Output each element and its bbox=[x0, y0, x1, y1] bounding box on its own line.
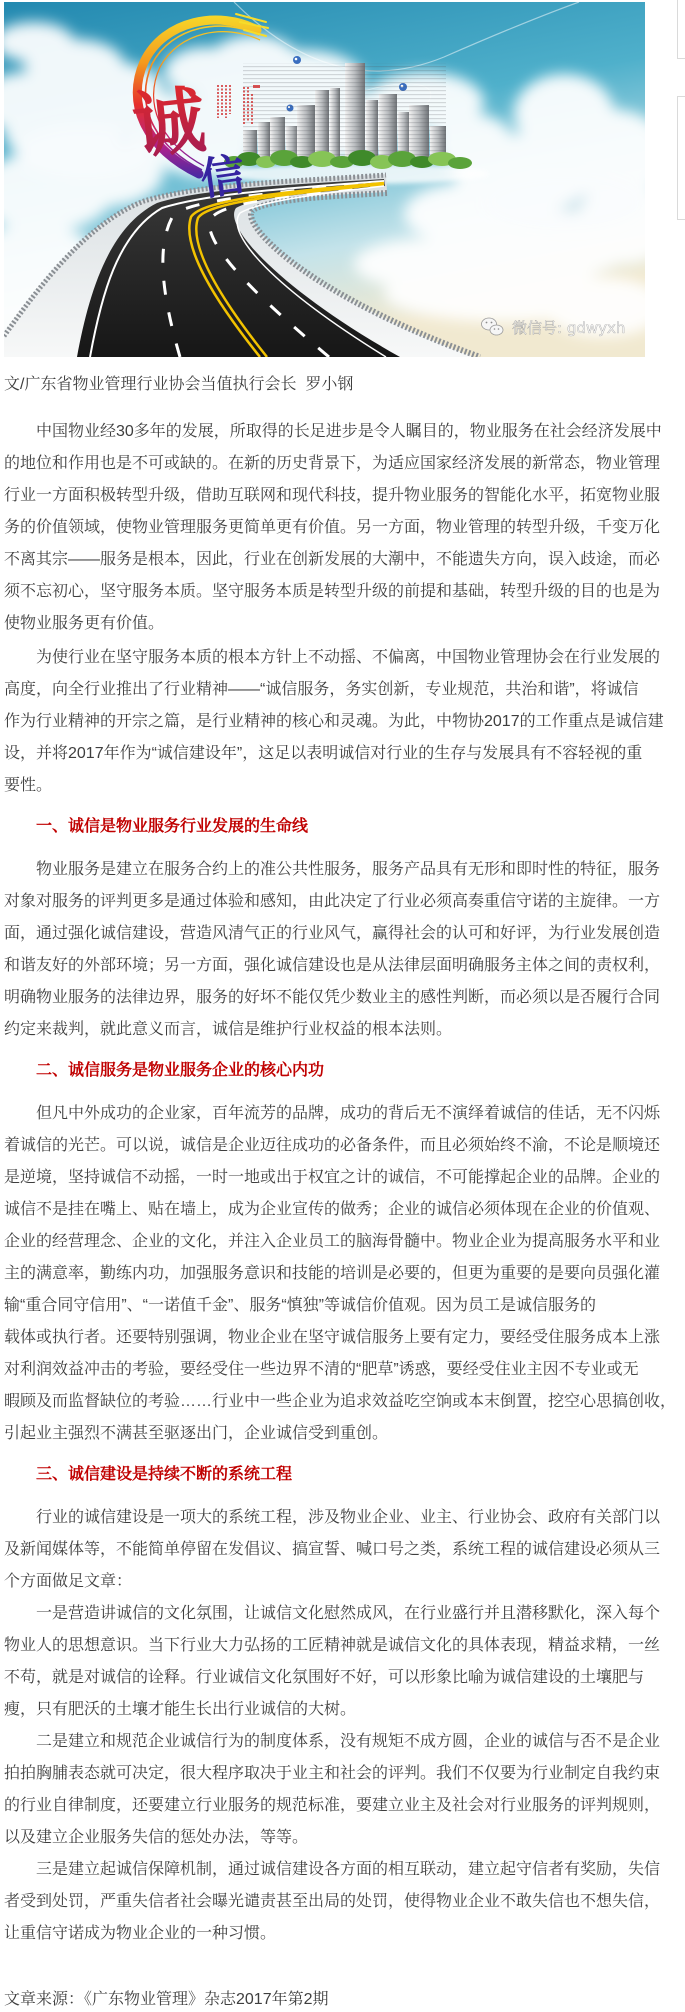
paragraph-line: 者受到处罚，严重失信者社会曝光谴责甚至出局的处罚，使得物业企业不敢失信也不想失信… bbox=[4, 1886, 665, 1918]
paragraph-line: 二是建立和规范企业诚信行为的制度体系，没有规矩不成方圆，企业的诚信与否不是企业 bbox=[4, 1726, 665, 1758]
watermark-text: 微信号: gdwyxh bbox=[512, 319, 625, 337]
paragraph-line: 约定来裁判，就此意义而言，诚信是维护行业权益的根本法则。 bbox=[4, 1014, 665, 1046]
paragraph-line: 高度，向全行业推出了行业精神——“诚信服务，务实创新，专业规范，共治和谐”，将诚… bbox=[4, 674, 665, 706]
paragraph-section-2: 但凡中外成功的企业家，百年流芳的品牌，成功的背后无不演绎着诚信的佳话，无不闪烁 … bbox=[4, 1098, 665, 1450]
section-heading-1: 一、诚信是物业服务行业发展的生命线 bbox=[4, 811, 665, 843]
paragraph-line: 对利润效益冲击的考验，要经受住一些边界不清的“肥草”诱惑，要经受住业主因不专业或… bbox=[4, 1354, 665, 1386]
paragraph-line: 是逆境，坚持诚信不动摇，一时一地或出于权宜之计的诚信，不可能撑起企业的品牌。企业… bbox=[4, 1162, 665, 1194]
paragraph-line: 暇顾及而监督缺位的考验……行业中一些企业为追求效益吃空饷或本末倒置，挖空心思搞创… bbox=[4, 1386, 665, 1418]
paragraph-line: 的行业自律制度，还要建立行业服务的规范标准，要建立业主及社会对行业服务的评判规则… bbox=[4, 1790, 665, 1822]
paragraph-line: 物业人的思想意识。当下行业大力弘扬的工匠精神就是诚信文化的具体表现，精益求精，一… bbox=[4, 1630, 665, 1662]
paragraph-line: 主的满意率，勤练内功，加强服务意识和技能的培训是必要的，但更为重要的是要向员强化… bbox=[4, 1258, 665, 1290]
paragraph-line: 要性。 bbox=[4, 770, 665, 802]
paragraph-line: 个方面做足文章： bbox=[4, 1566, 665, 1598]
paragraph-line: 三是建立起诚信保障机制，通过诚信建设各方面的相互联动，建立起守信者有奖励，失信 bbox=[4, 1854, 665, 1886]
paragraph-line: 面，通过强化诚信建设，营造风清气正的行业风气，赢得社会的认可和好评，为行业发展创… bbox=[4, 918, 665, 950]
paragraph-line: 使物业服务更有价值。 bbox=[4, 608, 665, 640]
article-source: 文章来源：《广东物业管理》杂志2017年第2期 bbox=[4, 1984, 665, 2012]
paragraph-section-1: 物业服务是建立在服务合约上的准公共性服务，服务产品具有无形和即时性的特征，服务 … bbox=[4, 854, 665, 1046]
paragraph-line: 着诚信的光芒。可以说，诚信是企业迈往成功的必备条件，而且必须始终不渝，不论是顺境… bbox=[4, 1130, 665, 1162]
paragraph-section-3-intro: 行业的诚信建设是一项大的系统工程，涉及物业企业、业主、行业协会、政府有关部门以 … bbox=[4, 1502, 665, 1598]
article: 诚 信 微信号: gdwyxh bbox=[4, 2, 665, 2012]
paragraph-line: 须不忘初心，坚守服务本质。坚守服务本质是转型升级的前提和基础，转型升级的目的也是… bbox=[4, 576, 665, 608]
paragraph-line: 让重信守诺成为物业企业的一种习惯。 bbox=[4, 1918, 665, 1950]
paragraph-line: 对象对服务的评判更多是通过体验和感知，由此决定了行业必须高奏重信守诺的主旋律。一… bbox=[4, 886, 665, 918]
paragraph-point-3: 三是建立起诚信保障机制，通过诚信建设各方面的相互联动，建立起守信者有奖励，失信 … bbox=[4, 1854, 665, 1950]
paragraph-line: 设，并将2017年作为“诚信建设年”，这足以表明诚信对行业的生存与发展具有不容轻… bbox=[4, 738, 665, 770]
paragraph-line: 诚信不是挂在嘴上、贴在墙上，成为企业宣传的做秀；企业的诚信必须体现在企业的价值观… bbox=[4, 1194, 665, 1226]
paragraph-line: 载体或执行者。还要特别强调，物业企业在坚守诚信服务上要有定力，要经受住服务成本上… bbox=[4, 1322, 665, 1354]
paragraph-point-1: 一是营造讲诚信的文化氛围，让诚信文化慰然成风，在行业盛行并且潜移默化，深入每个 … bbox=[4, 1598, 665, 1726]
hero-image: 诚 信 微信号: gdwyxh bbox=[4, 2, 645, 357]
paragraph-line: 中国物业经30多年的发展，所取得的长足进步是令人瞩目的，物业服务在社会经济发展中 bbox=[4, 416, 665, 448]
paragraph-line: 务的价值领域，使物业管理服务更简单更有价值。另一方面，物业管理的转型升级，千变万… bbox=[4, 512, 665, 544]
paragraph-line: 为使行业在坚守服务本质的根本方针上不动摇、不偏离，中国物业管理协会在行业发展的 bbox=[4, 642, 665, 674]
paragraph-line: 行业的诚信建设是一项大的系统工程，涉及物业企业、业主、行业协会、政府有关部门以 bbox=[4, 1502, 665, 1534]
paragraph-line: 及新闻媒体等，不能简单停留在发倡议、搞宣誓、喊口号之类，系统工程的诚信建设必须从… bbox=[4, 1534, 665, 1566]
paragraph-line: 行业一方面积极转型升级，借助互联网和现代科技，提升物业服务的智能化水平，拓宽物业… bbox=[4, 480, 665, 512]
paragraph-line: 瘦，只有肥沃的土壤才能生长出行业诚信的大树。 bbox=[4, 1694, 665, 1726]
paragraph-line: 物业服务是建立在服务合约上的准公共性服务，服务产品具有无形和即时性的特征，服务 bbox=[4, 854, 665, 886]
paragraph-line: 和谐友好的外部环境；另一方面，强化诚信建设也是从法律层面明确服务主体之间的责权利… bbox=[4, 950, 665, 982]
paragraph-line: 明确物业服务的法律边界，服务的好坏不能仅凭少数业主的感性判断，而必须以是否履行合… bbox=[4, 982, 665, 1014]
paragraph-line: 以及建立企业服务失信的惩处办法，等等。 bbox=[4, 1822, 665, 1854]
calligraphy-char-2: 信 bbox=[197, 149, 248, 206]
paragraph-line: 但凡中外成功的企业家，百年流芳的品牌，成功的背后无不演绎着诚信的佳话，无不闪烁 bbox=[4, 1098, 665, 1130]
sidebar-widget-1 bbox=[677, 0, 685, 59]
paragraph-intro-1: 中国物业经30多年的发展，所取得的长足进步是令人瞩目的，物业服务在社会经济发展中… bbox=[4, 416, 665, 640]
paragraph-line: 的地位和作用也是不可或缺的。在新的历史背景下，为适应国家经济发展的新常态，物业管… bbox=[4, 448, 665, 480]
paragraph-intro-2: 为使行业在坚守服务本质的根本方针上不动摇、不偏离，中国物业管理协会在行业发展的 … bbox=[4, 642, 665, 802]
paragraph-line: 输“重合同守信用”、“一诺值千金”、服务“慎独”等诚信价值观。因为员工是诚信服务… bbox=[4, 1290, 665, 1322]
paragraph-line: 一是营造讲诚信的文化氛围，让诚信文化慰然成风，在行业盛行并且潜移默化，深入每个 bbox=[4, 1598, 665, 1630]
paragraph-point-2: 二是建立和规范企业诚信行为的制度体系，没有规矩不成方圆，企业的诚信与否不是企业 … bbox=[4, 1726, 665, 1854]
paragraph-line: 拍拍胸脯表态就可决定，很大程序取决于业主和社会的评判。我们不仅要为行业制定自我约… bbox=[4, 1758, 665, 1790]
section-heading-2: 二、诚信服务是物业服务企业的核心内功 bbox=[4, 1055, 665, 1087]
paragraph-line: 作为行业精神的开宗之篇，是行业精神的核心和灵魂。为此，中物协2017的工作重点是… bbox=[4, 706, 665, 738]
paragraph-line: 不离其宗——服务是根本，因此，行业在创新发展的大潮中，不能遗失方向，误入歧途，而… bbox=[4, 544, 665, 576]
paragraph-line: 不苟，就是对诚信的诠释。行业诚信文化氛围好不好，可以形象比喻为诚信建设的土壤肥与 bbox=[4, 1662, 665, 1694]
sidebar-widget-2 bbox=[677, 96, 685, 220]
paragraph-line: 引起业主强烈不满甚至驱逐出门，企业诚信受到重创。 bbox=[4, 1418, 665, 1450]
section-heading-3: 三、诚信建设是持续不断的系统工程 bbox=[4, 1459, 665, 1491]
byline: 文/广东省物业管理行业协会当值执行会长 罗小钢 bbox=[4, 369, 665, 401]
paragraph-line: 企业的经营理念、企业的文化，并注入企业员工的脑海骨髓中。物业企业为提高服务水平和… bbox=[4, 1226, 665, 1258]
city-skyline bbox=[243, 63, 446, 164]
